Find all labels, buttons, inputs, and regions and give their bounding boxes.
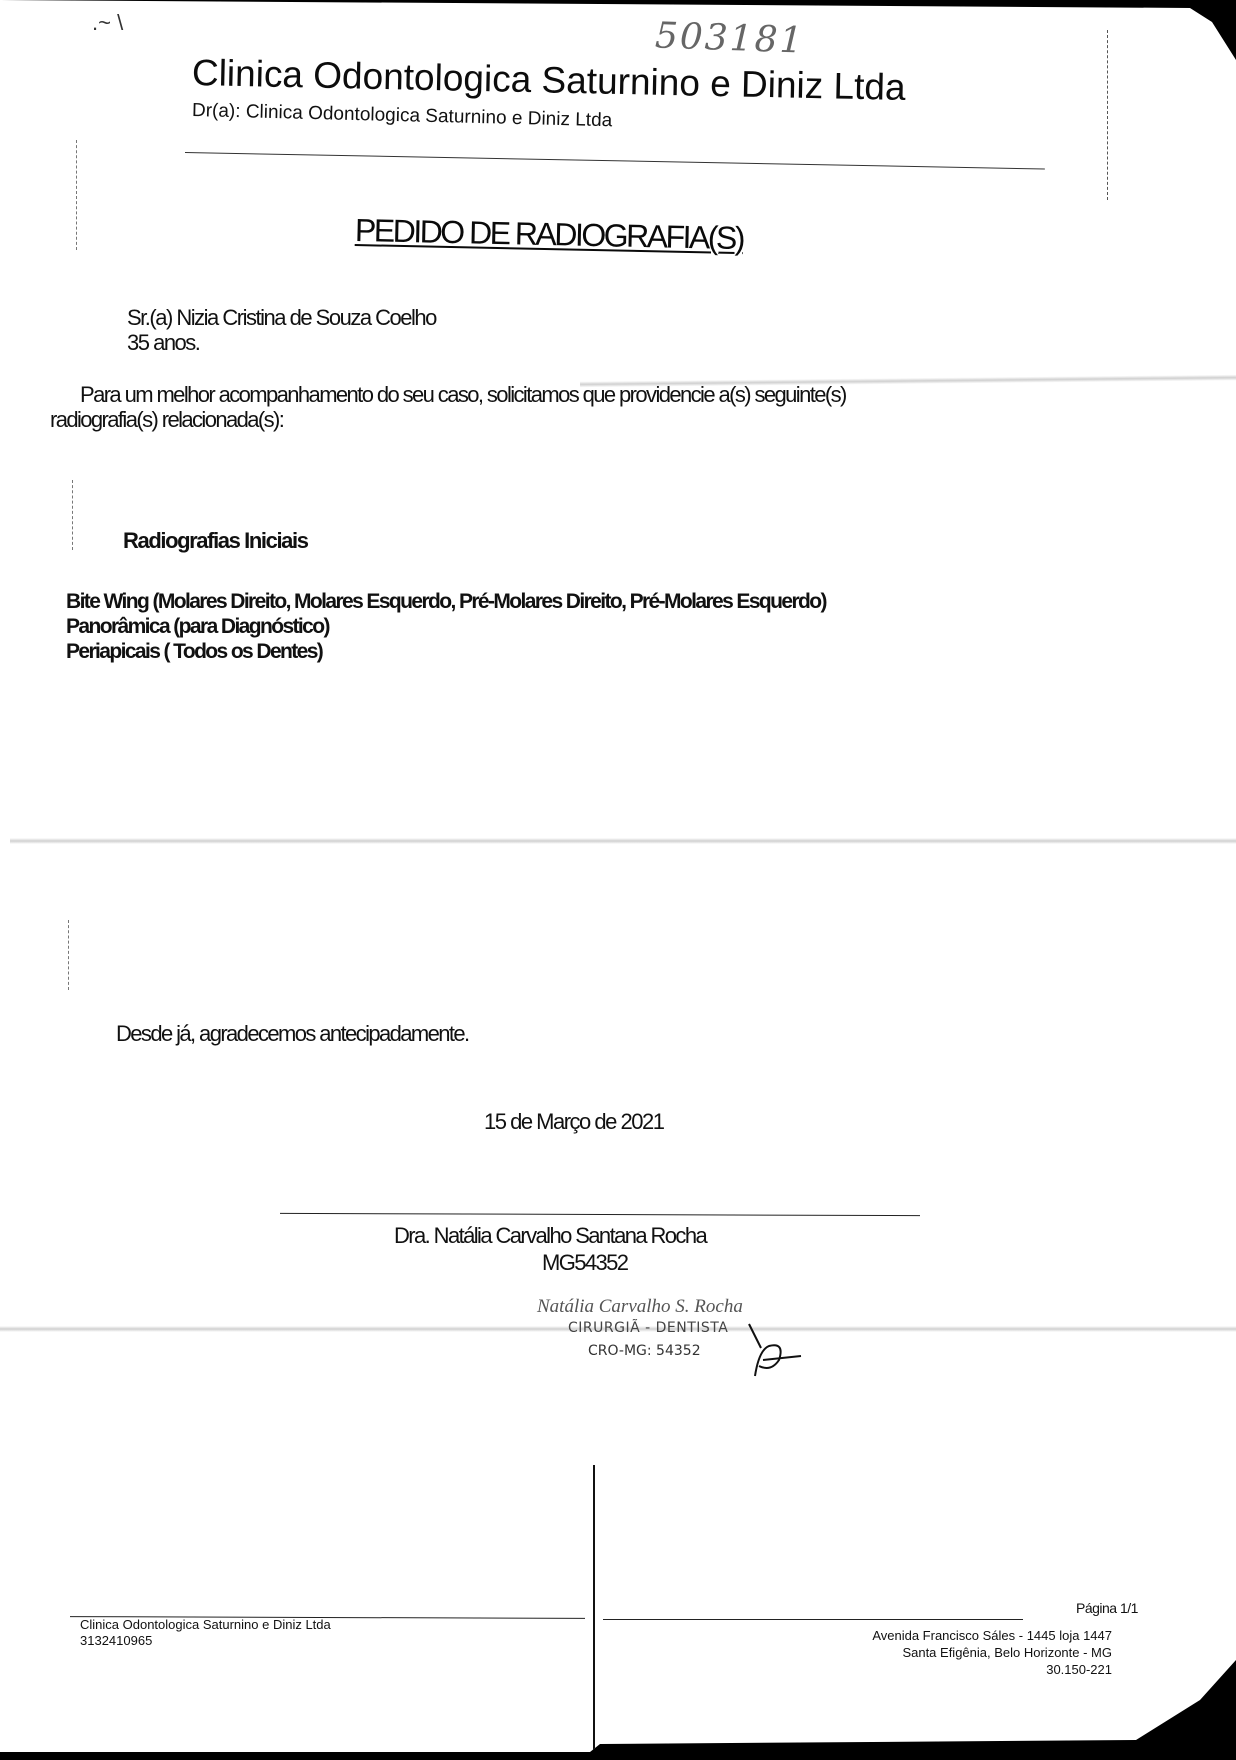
handwritten-number: 503181 (654, 15, 805, 61)
header-divider (185, 152, 1045, 170)
exam-item: Periapicais ( Todos os Dentes) (66, 640, 322, 664)
fold-mark (76, 140, 77, 250)
signature-line (280, 1213, 920, 1216)
intro-text-line-2: radiografia(s) relacionada(s): (50, 407, 283, 432)
address-line-1: Avenida Francisco Sáles - 1445 loja 1447 (872, 1627, 1112, 1644)
document-title: PEDIDO DE RADIOGRAFIA(S) (355, 212, 744, 257)
patient-age: 35 anos. (127, 330, 199, 356)
closing-text: Desde já, agradecemos antecipadamente. (116, 1021, 469, 1047)
exam-item: Bite Wing (Molares Direito, Molares Esqu… (66, 590, 826, 614)
signatory-name: Dra. Natália Carvalho Santana Rocha (394, 1223, 706, 1249)
fold-mark (72, 480, 73, 550)
stamp-role: CIRURGIÃ - DENTISTA (568, 1320, 728, 1336)
fold-mark (1107, 30, 1108, 200)
handwritten-signature-icon (745, 1320, 805, 1380)
scanned-page: .~ \ 503181 Clinica Odontologica Saturni… (0, 0, 1236, 1760)
patient-name: Sr.(a) Nizia Cristina de Souza Coelho (127, 305, 436, 331)
address-line-2: Santa Efigênia, Belo Horizonte - MG (872, 1644, 1112, 1661)
paper-crease (10, 838, 1236, 844)
exam-item: Panorâmica (para Diagnóstico) (66, 615, 329, 639)
section-heading: Radiografias Iniciais (123, 528, 308, 554)
postal-code: 30.150-221 (872, 1661, 1112, 1678)
footer-clinic-name: Clinica Odontologica Saturnino e Diniz L… (80, 1617, 331, 1632)
footer-address: Avenida Francisco Sáles - 1445 loja 1447… (872, 1627, 1112, 1678)
stamp-cro: CRO-MG: 54352 (588, 1343, 701, 1359)
signatory-registration: MG54352 (542, 1250, 627, 1276)
stamp-name: Natália Carvalho S. Rocha (537, 1296, 743, 1318)
fold-line (593, 1465, 595, 1755)
page-number: Página 1/1 (1076, 1600, 1138, 1616)
footer-divider-right (603, 1619, 1023, 1620)
document-date: 15 de Março de 2021 (484, 1109, 663, 1135)
corner-mark: .~ \ (92, 10, 123, 36)
fold-mark (68, 920, 69, 990)
intro-text-line-1: Para um melhor acompanhamento do seu cas… (80, 382, 846, 407)
doctor-line: Dr(a): Clinica Odontologica Saturnino e … (192, 100, 613, 132)
footer-phone: 3132410965 (80, 1633, 152, 1648)
